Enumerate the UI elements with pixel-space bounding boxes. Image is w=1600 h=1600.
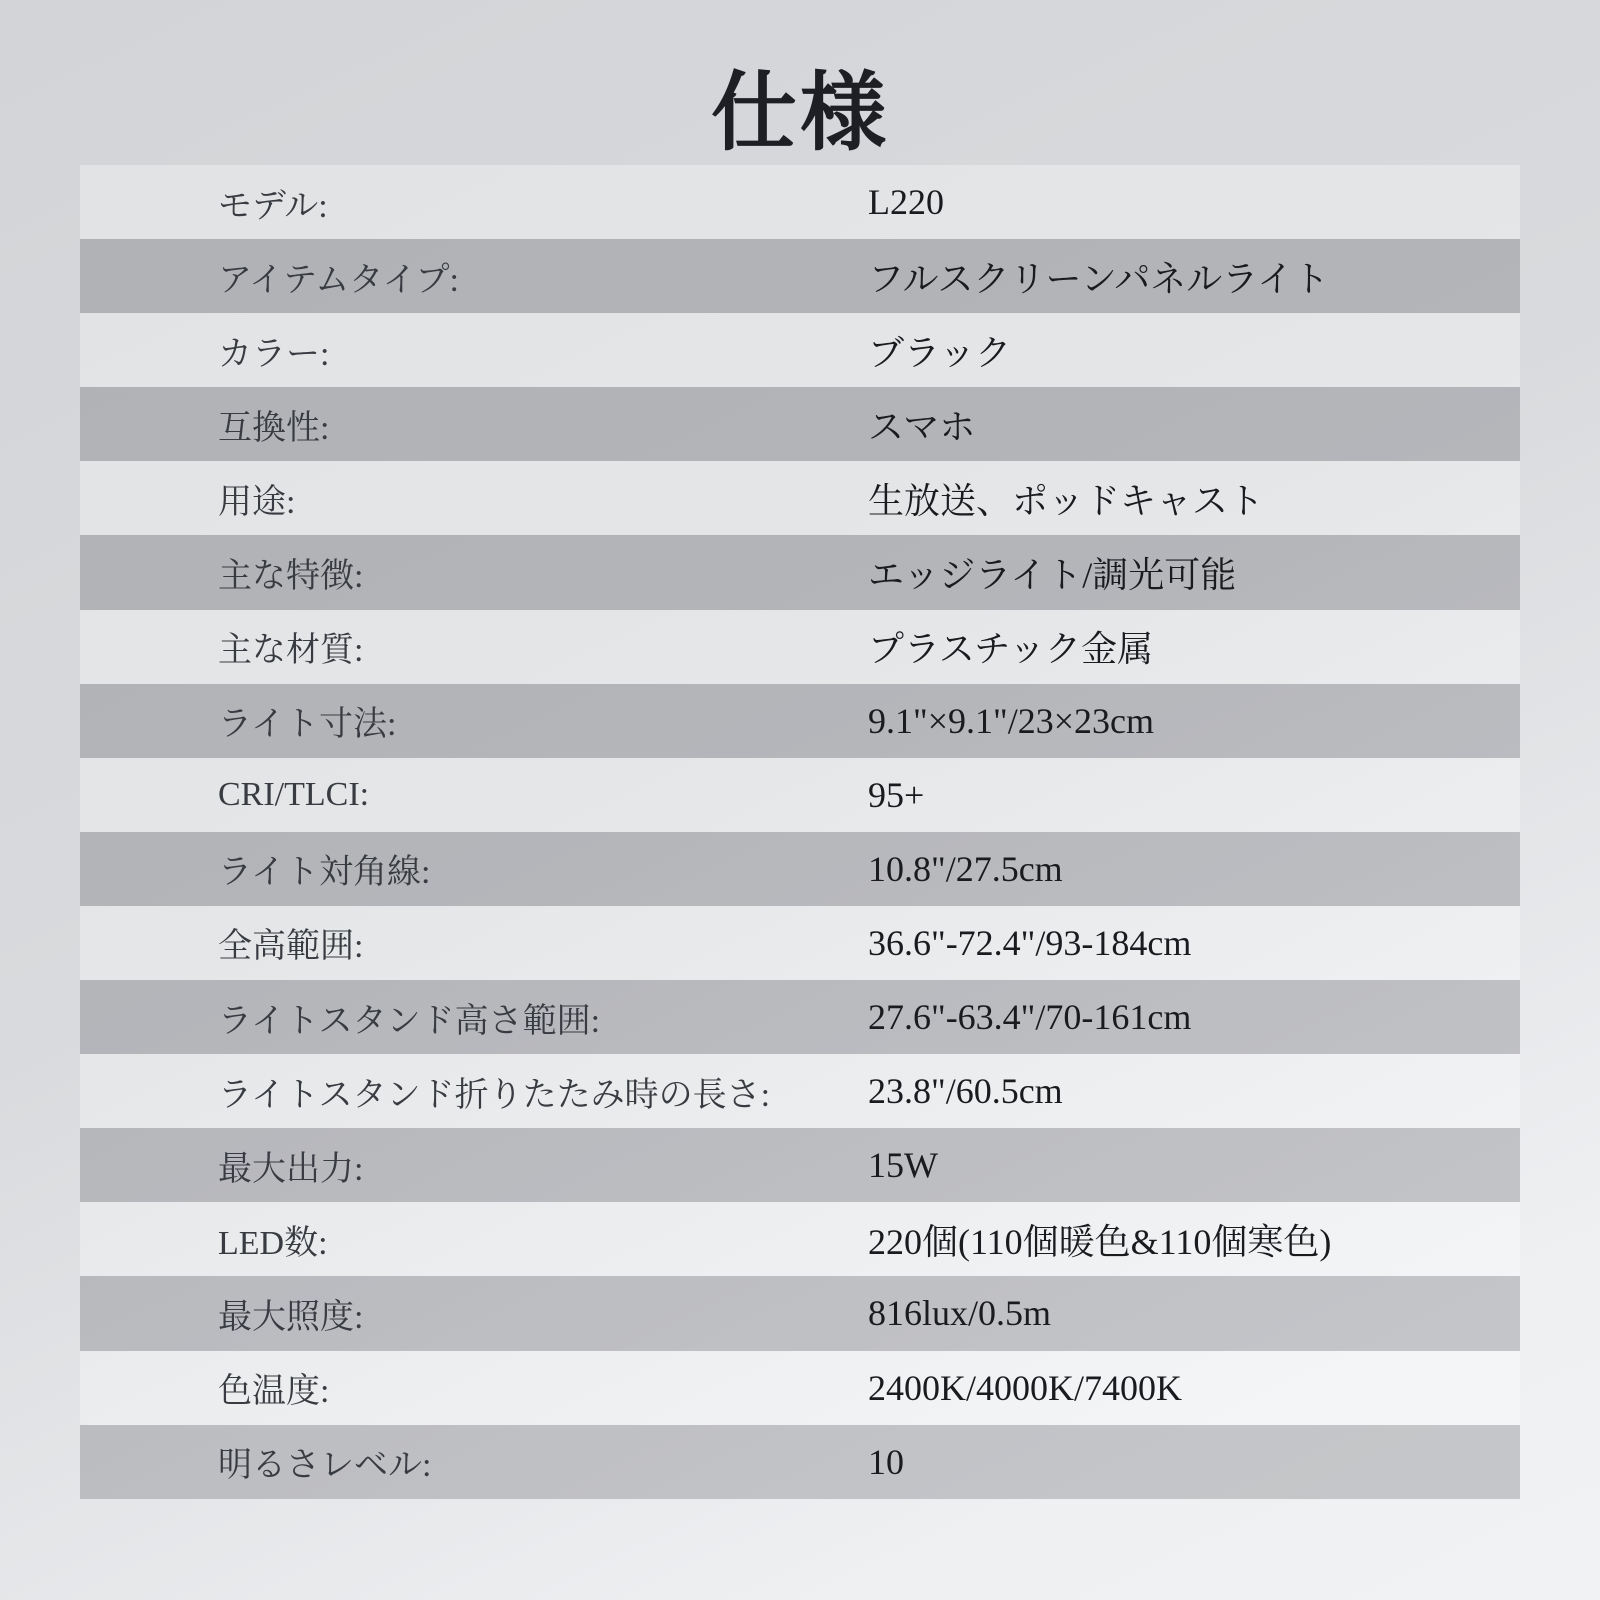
spec-value: 生放送、ポッドキャスト [868,473,1520,524]
spec-table: モデル: L220 アイテムタイプ: フルスクリーンパネルライト カラー: ブラ… [80,165,1520,1499]
spec-label: 明るさレベル: [80,1437,868,1486]
spec-label: ライトスタンド折りたたみ時の長さ: [80,1067,868,1116]
table-row: 明るさレベル: 10 [80,1425,1520,1499]
spec-value: 10.8"/27.5cm [868,848,1520,890]
spec-value: 95+ [868,774,1520,816]
table-row: 互換性: スマホ [80,387,1520,461]
table-row: ライトスタンド折りたたみ時の長さ: 23.8"/60.5cm [80,1054,1520,1128]
spec-label: アイテムタイプ: [80,252,868,301]
spec-label: CRI/TLCI: [80,776,868,814]
spec-label: LED数: [80,1215,868,1264]
table-row: 最大照度: 816lux/0.5m [80,1276,1520,1350]
table-row: カラー: ブラック [80,313,1520,387]
spec-label: 用途: [80,474,868,523]
spec-value: 10 [868,1441,1520,1483]
spec-label: 主な特徴: [80,548,868,597]
spec-value: プラスチック金属 [868,621,1520,672]
spec-label: 最大出力: [80,1141,868,1190]
spec-label: カラー: [80,326,868,375]
spec-value: 36.6"-72.4"/93-184cm [868,922,1520,964]
spec-label: ライトスタンド高さ範囲: [80,993,868,1042]
table-row: CRI/TLCI: 95+ [80,758,1520,832]
spec-label: ライト寸法: [80,696,868,745]
spec-label: 最大照度: [80,1289,868,1338]
table-row: ライトスタンド高さ範囲: 27.6"-63.4"/70-161cm [80,980,1520,1054]
spec-value: 2400K/4000K/7400K [868,1367,1520,1409]
table-row: 用途: 生放送、ポッドキャスト [80,461,1520,535]
spec-value: 816lux/0.5m [868,1292,1520,1334]
table-row: モデル: L220 [80,165,1520,239]
table-row: ライト対角線: 10.8"/27.5cm [80,832,1520,906]
table-row: 主な特徴: エッジライト/調光可能 [80,535,1520,609]
table-row: ライト寸法: 9.1"×9.1"/23×23cm [80,684,1520,758]
page-title: 仕様 [0,68,1600,158]
spec-label: ライト対角線: [80,844,868,893]
table-row: 主な材質: プラスチック金属 [80,610,1520,684]
spec-label: 互換性: [80,400,868,449]
table-row: LED数: 220個(110個暖色&110個寒色) [80,1202,1520,1276]
spec-value: 220個(110個暖色&110個寒色) [868,1214,1520,1265]
table-row: 全高範囲: 36.6"-72.4"/93-184cm [80,906,1520,980]
spec-value: スマホ [868,399,1520,450]
table-row: 最大出力: 15W [80,1128,1520,1202]
spec-value: 9.1"×9.1"/23×23cm [868,700,1520,742]
spec-label: 色温度: [80,1363,868,1412]
spec-label: モデル: [80,178,868,227]
table-row: アイテムタイプ: フルスクリーンパネルライト [80,239,1520,313]
spec-value: ブラック [868,325,1520,376]
spec-label: 主な材質: [80,622,868,671]
spec-value: L220 [868,181,1520,223]
table-row: 色温度: 2400K/4000K/7400K [80,1351,1520,1425]
spec-value: 27.6"-63.4"/70-161cm [868,996,1520,1038]
spec-value: 23.8"/60.5cm [868,1070,1520,1112]
spec-label: 全高範囲: [80,918,868,967]
spec-value: エッジライト/調光可能 [868,547,1520,598]
spec-value: 15W [868,1144,1520,1186]
spec-value: フルスクリーンパネルライト [868,251,1520,302]
